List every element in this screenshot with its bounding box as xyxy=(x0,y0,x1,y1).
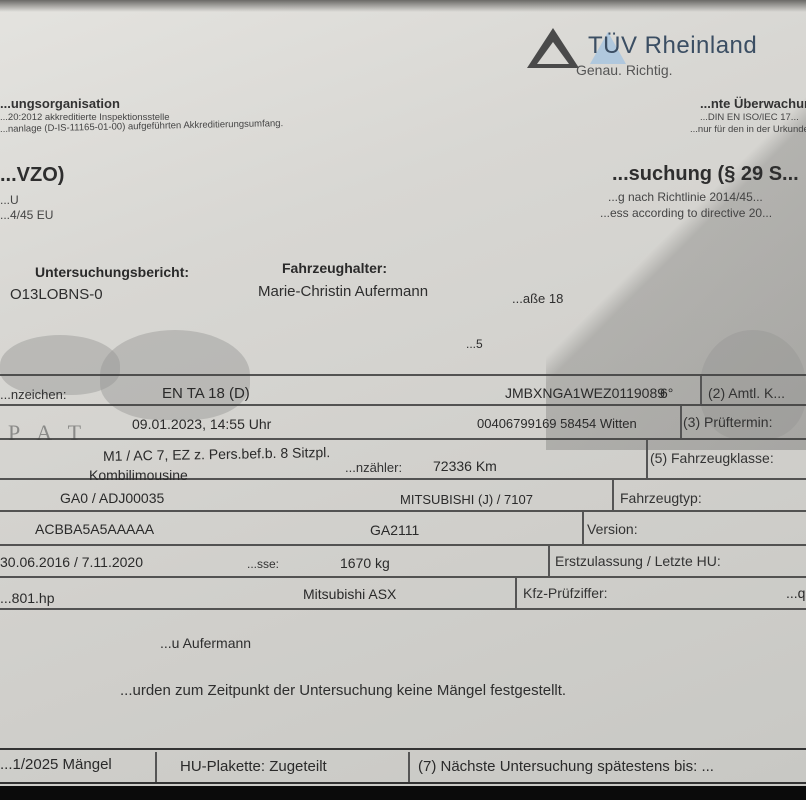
model-value: Mitsubishi ASX xyxy=(303,586,396,602)
tuv-logo-icon-inner xyxy=(537,42,569,64)
photo-bottom-edge xyxy=(0,786,806,800)
footer-top-line xyxy=(0,748,806,750)
table-column-divider xyxy=(700,376,702,404)
holder-name: Marie-Christin Aufermann xyxy=(258,283,428,300)
logo-text: TÜV Rheinland xyxy=(588,32,757,60)
table-row-line xyxy=(0,544,806,546)
watermark-letter: T xyxy=(68,420,99,445)
version-label: Version: xyxy=(587,521,638,537)
footer-divider xyxy=(155,752,157,782)
table-column-divider xyxy=(646,440,648,478)
report-label: Untersuchungsbericht: xyxy=(35,264,189,280)
right-line-2: ...nur für den in der Urkunde... xyxy=(690,124,806,135)
table-column-divider xyxy=(680,406,682,438)
mass-label: ...sse: xyxy=(247,557,279,571)
right-heading: ...nte Überwachung xyxy=(700,96,806,111)
inspection-datetime: 09.01.2023, 14:55 Uhr xyxy=(132,416,271,432)
table-row-line xyxy=(0,608,806,610)
footer-bottom-line xyxy=(0,782,806,784)
check-digit-value: ...q0 xyxy=(786,585,806,601)
left-title: ...VZO) xyxy=(0,164,64,187)
right-title: ...suchung (§ 29 S... xyxy=(612,163,799,186)
right-sub-1: ...g nach Richtlinie 2014/45... xyxy=(608,190,763,204)
vehicle-type-label: Fahrzeugtyp: xyxy=(620,490,702,506)
vin-value: JMBXNGA1WEZ0119089 xyxy=(505,385,665,401)
odometer-value: 72336 Km xyxy=(433,458,497,474)
version-value: GA2111 xyxy=(370,522,419,538)
table-row-line xyxy=(0,438,806,440)
check-digit-label: Kfz-Prüfziffer: xyxy=(523,585,608,601)
vin-extra: 6° xyxy=(660,385,673,401)
plate-value: EN TA 18 (D) xyxy=(162,385,250,402)
table-column-divider xyxy=(612,480,614,510)
first-registration-label: Erstzulassung / Letzte HU: xyxy=(555,553,721,569)
engine-power-value: ...801.hp xyxy=(0,590,55,606)
holder-city-fragment: ...5 xyxy=(466,337,483,351)
type-approval-value: GA0 / ADJ00035 xyxy=(60,490,164,506)
findings-name: ...u Aufermann xyxy=(160,635,251,651)
manufacturer-value: MITSUBISHI (J) / 7107 xyxy=(400,492,533,507)
footer-sticker-cell: HU-Plakette: Zugeteilt xyxy=(180,758,327,775)
table-row-line xyxy=(0,510,806,512)
table-row-line xyxy=(0,374,806,376)
findings-statement: ...urden zum Zeitpunkt der Untersuchung … xyxy=(120,682,566,699)
table-row-line xyxy=(0,404,806,406)
registration-dates-value: 30.06.2016 / 7.11.2020 xyxy=(0,554,143,570)
official-plate-label: (2) Amtl. K... xyxy=(708,385,785,401)
mass-value: 1670 kg xyxy=(340,555,390,571)
top-shadow xyxy=(0,0,806,12)
odometer-label: ...nzähler: xyxy=(345,460,402,475)
table-column-divider xyxy=(548,546,550,576)
logo-tagline: Genau. Richtig. xyxy=(576,62,673,78)
right-line-1: ...DIN EN ISO/IEC 17... xyxy=(700,112,799,123)
vehicle-class-label: (5) Fahrzeugklasse: xyxy=(650,450,774,466)
holder-street: ...aße 18 xyxy=(512,291,563,306)
watermark-letters: PAT xyxy=(8,420,99,446)
holder-label: Fahrzeughalter: xyxy=(282,260,387,276)
table-column-divider xyxy=(515,578,517,608)
inspection-station: 00406799169 58454 Witten xyxy=(477,416,637,431)
inspection-date-label: (3) Prüftermin: xyxy=(683,414,772,430)
org-heading: ...ungsorganisation xyxy=(0,96,120,111)
left-sub-2: ...4/45 EU xyxy=(0,208,53,222)
watermark-letter: A xyxy=(36,420,67,445)
footer-divider xyxy=(408,752,410,782)
footer-defects-cell: ...1/2025 Mängel xyxy=(0,756,112,773)
table-column-divider xyxy=(582,512,584,544)
left-sub-1: ...U xyxy=(0,193,19,207)
right-sub-2: ...ess according to directive 20... xyxy=(600,206,772,220)
variant-value: ACBBA5A5AAAAA xyxy=(35,521,154,537)
watermark-letter: P xyxy=(8,420,36,445)
plate-label: ...nzeichen: xyxy=(0,387,67,402)
report-number: O13LOBNS-0 xyxy=(10,286,103,303)
footer-next-inspection-cell: (7) Nächste Untersuchung spätestens bis:… xyxy=(418,758,714,775)
table-row-line xyxy=(0,576,806,578)
body-type: Kombilimousine xyxy=(89,467,188,483)
